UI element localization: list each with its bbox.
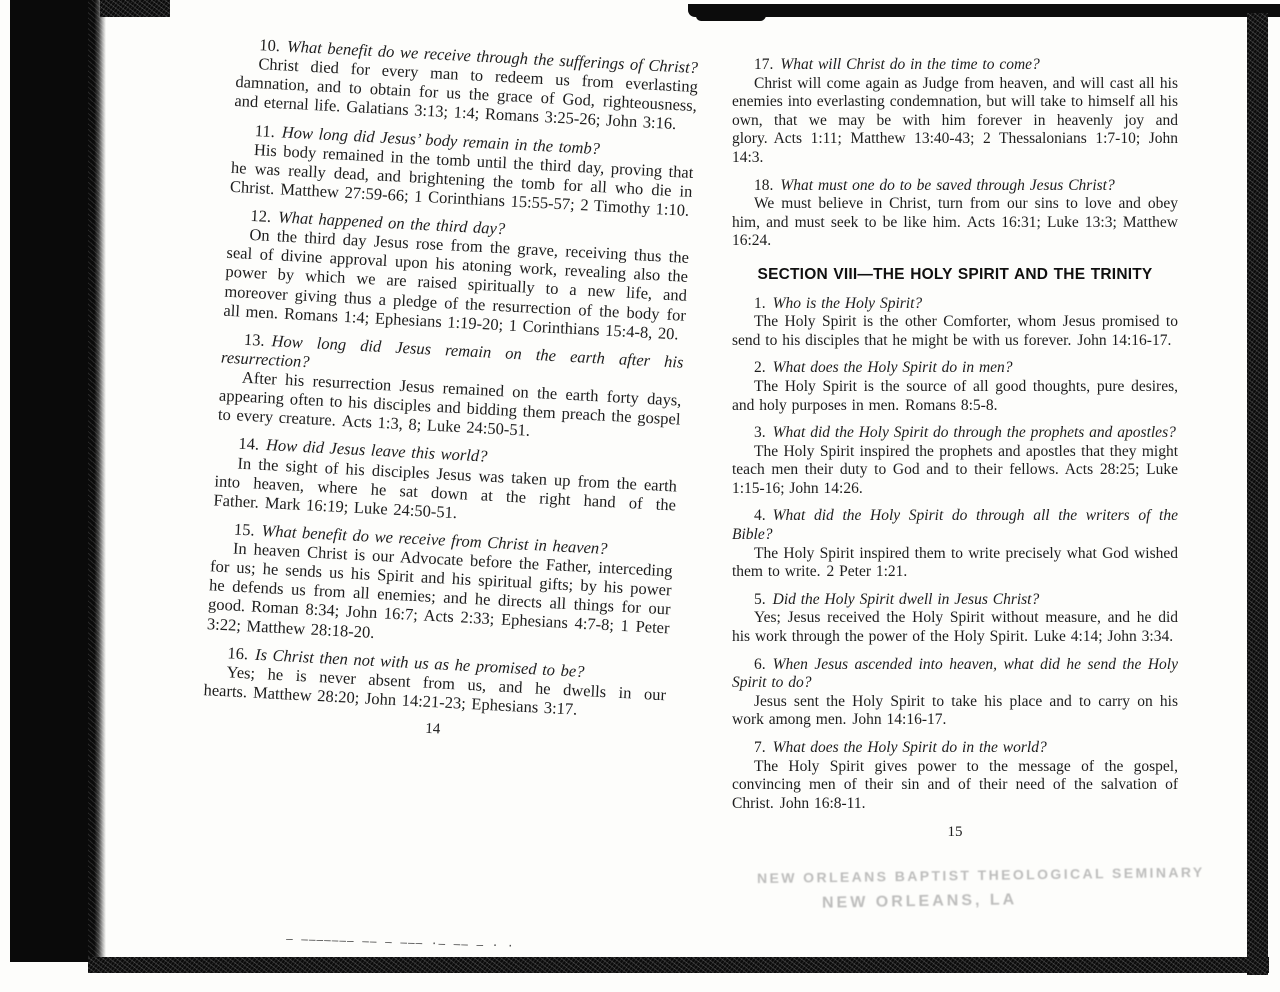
- question-number: 15.: [234, 519, 263, 539]
- question-number: 1.: [754, 295, 773, 312]
- answer-paragraph: The Holy Spirit is the other Comforter, …: [732, 313, 1178, 350]
- answer-paragraph: Christ will come again as Judge from hea…: [732, 75, 1178, 168]
- question-text: What did the Holy Spirit do through the …: [773, 424, 1176, 441]
- section-heading: SECTION VIII—THE HOLY SPIRIT AND THE TRI…: [732, 266, 1178, 285]
- question-number: 2.: [754, 359, 773, 376]
- question-text: What will Christ do in the time to come?: [780, 56, 1039, 73]
- question-text: Did the Holy Spirit dwell in Jesus Chris…: [773, 591, 1040, 608]
- library-stamp-line-2: NEW ORLEANS, LA: [822, 891, 1018, 912]
- answer-paragraph: The Holy Spirit gives power to the messa…: [732, 758, 1178, 814]
- scan-border-bottom: [88, 957, 1269, 973]
- scripture-refs: Acts 1:11; Matthew 13:40-43; 2 Thessalon…: [732, 130, 1178, 166]
- answer-text: Jesus sent the Holy Spirit to take his p…: [732, 693, 1178, 729]
- qa-item-6: 6.When Jesus ascended into heaven, what …: [732, 656, 1178, 730]
- question-number: 4.: [754, 507, 773, 524]
- question-text: What does the Holy Spirit do in the worl…: [773, 739, 1047, 756]
- book-spread: NEW ORLEANS BAPTIST THEOLOGICAL SEMINARY…: [0, 0, 1280, 992]
- qa-item-13: 13.How long did Jesus remain on the eart…: [218, 328, 684, 448]
- qa-item-3: 3.What did the Holy Spirit do through th…: [732, 424, 1178, 498]
- scripture-refs: John 14:16-17.: [1077, 332, 1171, 349]
- question-number: 11.: [255, 121, 283, 141]
- answer-paragraph: The Holy Spirit inspired the prophets an…: [732, 443, 1178, 499]
- question-text: What must one do to be saved through Jes…: [780, 177, 1114, 194]
- question-line: 6.When Jesus ascended into heaven, what …: [732, 656, 1178, 693]
- left-page: 10.What benefit do we receive through th…: [202, 34, 700, 751]
- question-line: 7.What does the Holy Spirit do in the wo…: [732, 739, 1178, 758]
- question-number: 18.: [754, 177, 780, 194]
- question-line: 5.Did the Holy Spirit dwell in Jesus Chr…: [732, 591, 1178, 610]
- question-number: 17.: [754, 56, 780, 73]
- question-number: 16.: [227, 643, 256, 663]
- scripture-refs: John 16:8-11.: [780, 795, 866, 812]
- scripture-refs: 2 Peter 1:21.: [827, 563, 908, 580]
- scan-border-left: [10, 0, 90, 962]
- qa-item-16: 16.Is Christ then not with us as he prom…: [203, 642, 667, 723]
- question-number: 7.: [754, 739, 773, 756]
- scripture-refs: John 14:16-17.: [852, 711, 946, 728]
- scan-border-right: [1247, 13, 1268, 975]
- question-number: 6.: [754, 656, 773, 673]
- qa-item-17: 17.What will Christ do in the time to co…: [732, 56, 1178, 168]
- scan-border-left-edge: [88, 0, 106, 962]
- answer-paragraph: The Holy Spirit is the source of all goo…: [732, 378, 1178, 415]
- qa-item-5: 5.Did the Holy Spirit dwell in Jesus Chr…: [732, 591, 1178, 647]
- scan-border-top-left: [100, 0, 170, 17]
- answer-text: The Holy Spirit inspired them to write p…: [732, 545, 1178, 581]
- question-text: Who is the Holy Spirit?: [773, 295, 923, 312]
- question-number: 10.: [259, 35, 288, 55]
- qa-item-11: 11.How long did Jesus’ body remain in th…: [230, 119, 695, 220]
- question-line: 4.What did the Holy Spirit do through al…: [732, 507, 1178, 544]
- question-number: 14.: [238, 434, 267, 454]
- scan-border-top-right: [688, 4, 1280, 17]
- question-text: What did the Holy Spirit do through all …: [732, 507, 1178, 543]
- question-line: 17.What will Christ do in the time to co…: [732, 56, 1178, 75]
- question-number: 12.: [250, 206, 279, 226]
- scripture-refs: Romans 8:5-8.: [905, 397, 997, 414]
- question-line: 1.Who is the Holy Spirit?: [732, 295, 1178, 314]
- question-number: 3.: [754, 424, 773, 441]
- scripture-refs: Luke 4:14; John 3:34.: [1034, 628, 1173, 645]
- question-number: 5.: [754, 591, 773, 608]
- qa-item-12: 12.What happened on the third day? On th…: [223, 205, 690, 344]
- scan-artifact-dashes: – ––––––– –– – ––– ·– –– – · ·: [286, 932, 515, 952]
- page-number-right: 15: [732, 823, 1178, 841]
- question-line: 3.What did the Holy Spirit do through th…: [732, 424, 1178, 443]
- library-stamp-line-1: NEW ORLEANS BAPTIST THEOLOGICAL SEMINARY: [757, 864, 1205, 886]
- qa-item-14: 14.How did Jesus leave this world? In th…: [213, 433, 678, 534]
- question-number: 13.: [244, 329, 273, 349]
- question-line: 18.What must one do to be saved through …: [732, 177, 1178, 196]
- answer-paragraph: Jesus sent the Holy Spirit to take his p…: [732, 693, 1178, 730]
- qa-item-18: 18.What must one do to be saved through …: [732, 177, 1178, 251]
- right-page: 17.What will Christ do in the time to co…: [732, 56, 1178, 841]
- question-text: When Jesus ascended into heaven, what di…: [732, 656, 1178, 692]
- question-text: What does the Holy Spirit do in men?: [773, 359, 1013, 376]
- qa-item-15: 15.What benefit do we receive from Chris…: [207, 518, 674, 657]
- qa-item-4: 4.What did the Holy Spirit do through al…: [732, 507, 1178, 581]
- qa-item-10: 10.What benefit do we receive through th…: [234, 34, 699, 135]
- answer-paragraph: The Holy Spirit inspired them to write p…: [732, 545, 1178, 582]
- answer-paragraph: Yes; Jesus received the Holy Spirit with…: [732, 609, 1178, 646]
- qa-item-1: 1.Who is the Holy Spirit? The Holy Spiri…: [732, 295, 1178, 351]
- qa-item-7: 7.What does the Holy Spirit do in the wo…: [732, 739, 1178, 813]
- answer-paragraph: We must believe in Christ, turn from our…: [732, 195, 1178, 251]
- question-line: 2.What does the Holy Spirit do in men?: [732, 359, 1178, 378]
- qa-item-2: 2.What does the Holy Spirit do in men? T…: [732, 359, 1178, 415]
